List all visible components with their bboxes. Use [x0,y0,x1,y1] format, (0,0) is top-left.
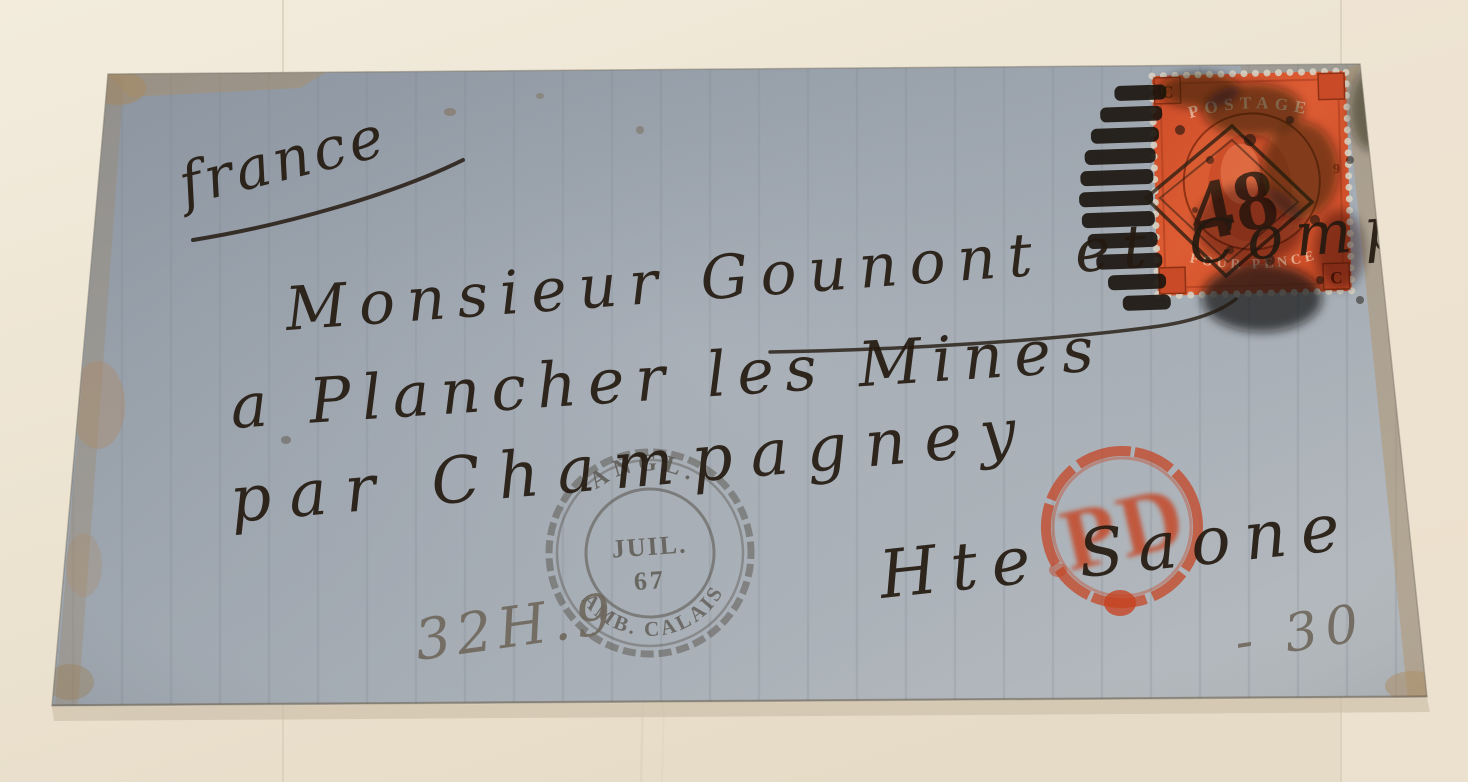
datestamp-year: 67 [633,565,667,596]
envelope-photo-canvas: ANGL. AMB. CALAIS JUIL. 67 PD [0,0,1468,782]
paid-mark-blob [1104,590,1136,616]
photo-of-envelope: ANGL. AMB. CALAIS JUIL. 67 PD [0,0,1468,782]
stamp-corner-square-tr [1318,73,1345,100]
envelope-surface: ANGL. AMB. CALAIS JUIL. 67 PD [40,55,1459,715]
datestamp-month: JUIL. [611,529,689,563]
